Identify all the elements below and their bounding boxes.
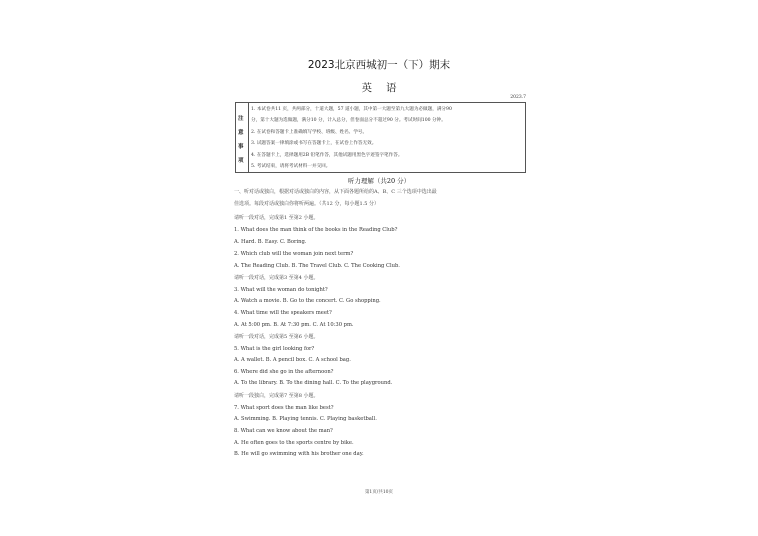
notice-box: 注 意 事 项 1. 本试卷共11 页，共两部分，十道大题，57 道小题，其中第… xyxy=(235,102,526,173)
page-footer: 第1页/共10页 xyxy=(0,489,758,495)
content-line: 请听一段对话，完成第3 至第4 小题。 xyxy=(234,274,319,281)
notice-line: 1. 本试卷共11 页，共两部分，十道大题，57 道小题，其中第一大题至第九大题… xyxy=(251,106,452,112)
notice-line: 2. 在试卷和答题卡上准确填写学校、班级、姓名、学号。 xyxy=(251,129,367,135)
notice-line: 5. 考试结束，请将考试材料一并交回。 xyxy=(251,163,330,169)
options-line: A. To the library. B. To the dining hall… xyxy=(234,380,392,386)
exam-date: 2023.7 xyxy=(460,95,526,100)
notice-line: 4. 在答题卡上，选择题用2B 铅笔作答，其他试题用黑色字迹签字笔作答。 xyxy=(251,152,402,158)
options-line: B. He will go swimming with his brother … xyxy=(234,451,364,457)
notice-line: 3. 试题答案一律填涂或书写在答题卡上，在试卷上作答无效。 xyxy=(251,140,376,146)
content-line: 请听一段独白，完成第7 至第8 小题。 xyxy=(234,392,319,399)
document-page: 2023北京西城初一（下）期末 英语 2023.7 注 意 事 项 1. 本试卷… xyxy=(0,0,758,536)
instruction-line: 一、听对话或独白，根据对话或独白的内容，从下面各题所给的A、B、C 三个选项中选… xyxy=(234,188,437,195)
options-line: A. The Reading Club. B. The Travel Club.… xyxy=(234,263,400,269)
options-line: A. He often goes to the sports centre by… xyxy=(234,440,354,446)
subject-heading: 英语 xyxy=(0,80,758,95)
options-line: A. Watch a movie. B. Go to the concert. … xyxy=(234,298,381,304)
options-line: A. A wallet. B. A pencil box. C. A schoo… xyxy=(234,357,351,363)
section-title: 听力理解（共20 分） xyxy=(0,176,758,185)
notice-line: 分，第十大题为选做题，满分10 分，计入总分，但卷面总分不超过90 分。考试时间… xyxy=(251,117,446,123)
question-line: 4. What time will the speakers meet? xyxy=(234,310,332,316)
notice-label-column: 注 意 事 项 xyxy=(236,103,249,172)
question-line: 7. What sport does the man like best? xyxy=(234,405,334,411)
question-line: 8. What can we know about the man? xyxy=(234,428,333,434)
question-line: 2. Which club will the woman join next t… xyxy=(234,251,353,257)
options-line: A. Hard. B. Easy. C. Boring. xyxy=(234,239,306,245)
notice-label-char: 项 xyxy=(238,156,244,164)
options-line: A. Swimming. B. Playing tennis. C. Playi… xyxy=(234,416,377,422)
question-line: 1. What does the man think of the books … xyxy=(234,227,397,233)
content-line: 请听一段对话，完成第1 至第2 小题。 xyxy=(234,214,319,221)
question-line: 6. Where did she go in the afternoon? xyxy=(234,369,333,375)
notice-label-char: 意 xyxy=(238,128,244,136)
exam-title: 2023北京西城初一（下）期末 xyxy=(0,57,758,72)
notice-label-char: 事 xyxy=(238,142,244,150)
instruction-line: 佳选项。每段对话或独白你将听两遍。（共12 分，每小题1.5 分） xyxy=(234,200,379,207)
question-line: 3. What will the woman do tonight? xyxy=(234,287,328,293)
question-line: 5. What is the girl looking for? xyxy=(234,346,314,352)
content-line: 请听一段对话，完成第5 至第6 小题。 xyxy=(234,333,319,340)
notice-label-char: 注 xyxy=(238,114,244,122)
options-line: A. At 5:00 pm. B. At 7:30 pm. C. At 10:3… xyxy=(234,322,354,328)
